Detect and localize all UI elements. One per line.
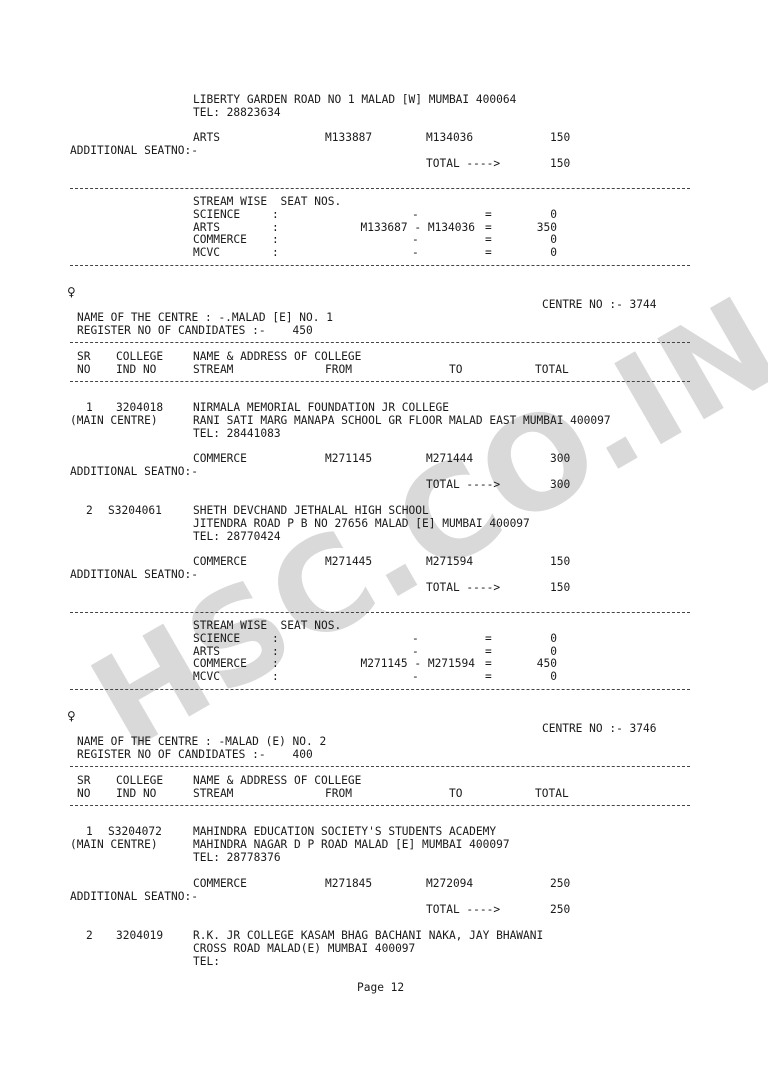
centre-name: NAME OF THE CENTRE : -.MALAD [E] NO. 1 [77, 311, 333, 324]
college-address: LIBERTY GARDEN ROAD NO 1 MALAD [W] MUMBA… [193, 93, 516, 106]
college-ind-no: 3204019 [116, 929, 163, 942]
equals-sign: = [485, 233, 492, 246]
colon-separator: : [272, 670, 279, 683]
header-sr: SR [77, 350, 90, 363]
additional-seatno-label: ADDITIONAL SEATNO:- [70, 144, 198, 157]
seat-count: 350 [537, 221, 557, 234]
seat-count: 0 [550, 632, 557, 645]
range-dash: - [412, 670, 419, 683]
college-tel: TEL: 28441083 [193, 427, 281, 440]
allocation-total: 250 [550, 877, 570, 890]
seat-count: 0 [550, 645, 557, 658]
college-name: R.K. JR COLLEGE KASAM BHAG BACHANI NAKA,… [193, 929, 543, 942]
total-value: 150 [550, 157, 570, 170]
stream-name: SCIENCE [193, 208, 240, 221]
equals-sign: = [485, 221, 492, 234]
header-total: TOTAL [535, 363, 569, 376]
college-sr: 1 [86, 825, 93, 838]
total-value: 300 [550, 478, 570, 491]
total-label: TOTAL ----> [426, 581, 500, 594]
stream-name: SCIENCE [193, 632, 240, 645]
main-centre-label: (MAIN CENTRE) [70, 414, 158, 427]
allocation-from: M271845 [325, 877, 372, 890]
stream-name: ARTS [193, 221, 220, 234]
allocation-stream: ARTS [193, 131, 220, 144]
colon-separator: : [272, 233, 279, 246]
college-name: NIRMALA MEMORIAL FOUNDATION JR COLLEGE [193, 401, 449, 414]
college-ind-no: S3204061 [108, 504, 162, 517]
stream-wise-title: STREAM WISE SEAT NOS. [193, 195, 341, 208]
college-sr: 1 [86, 401, 93, 414]
page-number: Page 12 [357, 981, 404, 994]
allocation-to: M271444 [426, 452, 473, 465]
college-name: SHETH DEVCHAND JETHALAL HIGH SCHOOL [193, 504, 429, 517]
total-value: 150 [550, 581, 570, 594]
equals-sign: = [485, 670, 492, 683]
register-count: REGISTER NO OF CANDIDATES :- 400 [77, 748, 313, 761]
college-tel: TEL: [193, 955, 220, 968]
header-ind-no: IND NO [116, 787, 156, 800]
total-label: TOTAL ----> [426, 903, 500, 916]
stream-name: ARTS [193, 645, 220, 658]
additional-seatno-label: ADDITIONAL SEATNO:- [70, 890, 198, 903]
college-sr: 2 [86, 504, 93, 517]
seat-range: M133687 - M134036 [360, 221, 475, 234]
allocation-stream: COMMERCE [193, 555, 247, 568]
header-name-address: NAME & ADDRESS OF COLLEGE [193, 774, 361, 787]
total-value: 250 [550, 903, 570, 916]
college-name: MAHINDRA EDUCATION SOCIETY'S STUDENTS AC… [193, 825, 496, 838]
college-address: JITENDRA ROAD P B NO 27656 MALAD [E] MUM… [193, 517, 530, 530]
college-tel: TEL: 28778376 [193, 851, 281, 864]
divider [70, 766, 690, 767]
divider [70, 381, 690, 382]
seat-count: 0 [550, 233, 557, 246]
register-count: REGISTER NO OF CANDIDATES :- 450 [77, 324, 313, 337]
divider [70, 188, 690, 189]
centre-number: CENTRE NO :- 3744 [542, 298, 657, 311]
header-to: TO [449, 363, 462, 376]
seat-count: 0 [550, 670, 557, 683]
equals-sign: = [485, 632, 492, 645]
range-dash: - [412, 233, 419, 246]
colon-separator: : [272, 645, 279, 658]
divider [70, 689, 690, 690]
equals-sign: = [485, 645, 492, 658]
header-total: TOTAL [535, 787, 569, 800]
range-dash: - [412, 632, 419, 645]
seat-range: M271145 - M271594 [360, 657, 475, 670]
header-no: NO [77, 363, 90, 376]
header-ind-no: IND NO [116, 363, 156, 376]
allocation-to: M272094 [426, 877, 473, 890]
header-from: FROM [325, 787, 352, 800]
allocation-from: M271145 [325, 452, 372, 465]
college-ind-no: S3204072 [108, 825, 162, 838]
additional-seatno-label: ADDITIONAL SEATNO:- [70, 568, 198, 581]
header-from: FROM [325, 363, 352, 376]
divider [70, 342, 690, 343]
colon-separator: : [272, 246, 279, 259]
equals-sign: = [485, 246, 492, 259]
header-stream: STREAM [193, 787, 233, 800]
college-address: CROSS ROAD MALAD(E) MUMBAI 400097 [193, 942, 415, 955]
equals-sign: = [485, 208, 492, 221]
female-sign-icon: ♀ [67, 285, 76, 299]
stream-wise-title: STREAM WISE SEAT NOS. [193, 619, 341, 632]
seat-count: 0 [550, 246, 557, 259]
header-to: TO [449, 787, 462, 800]
divider [70, 805, 690, 806]
colon-separator: : [272, 221, 279, 234]
stream-name: MCVC [193, 246, 220, 259]
document-page: LIBERTY GARDEN ROAD NO 1 MALAD [W] MUMBA… [0, 0, 768, 1087]
divider [70, 265, 690, 266]
equals-sign: = [485, 657, 492, 670]
centre-number: CENTRE NO :- 3746 [542, 722, 657, 735]
allocation-total: 300 [550, 452, 570, 465]
range-dash: - [412, 246, 419, 259]
allocation-stream: COMMERCE [193, 877, 247, 890]
total-label: TOTAL ----> [426, 157, 500, 170]
range-dash: - [412, 208, 419, 221]
college-address: MAHINDRA NAGAR D P ROAD MALAD [E] MUMBAI… [193, 838, 510, 851]
allocation-from: M271445 [325, 555, 372, 568]
stream-name: COMMERCE [193, 657, 247, 670]
centre-name: NAME OF THE CENTRE : -MALAD (E) NO. 2 [77, 735, 326, 748]
additional-seatno-label: ADDITIONAL SEATNO:- [70, 465, 198, 478]
seat-count: 450 [537, 657, 557, 670]
divider [70, 612, 690, 613]
allocation-from: M133887 [325, 131, 372, 144]
college-ind-no: 3204018 [116, 401, 163, 414]
allocation-total: 150 [550, 555, 570, 568]
stream-name: MCVC [193, 670, 220, 683]
college-sr: 2 [86, 929, 93, 942]
colon-separator: : [272, 632, 279, 645]
seat-count: 0 [550, 208, 557, 221]
total-label: TOTAL ----> [426, 478, 500, 491]
header-no: NO [77, 787, 90, 800]
allocation-total: 150 [550, 131, 570, 144]
header-college: COLLEGE [116, 774, 163, 787]
college-tel: TEL: 28823634 [193, 106, 281, 119]
allocation-stream: COMMERCE [193, 452, 247, 465]
stream-name: COMMERCE [193, 233, 247, 246]
colon-separator: : [272, 208, 279, 221]
college-tel: TEL: 28770424 [193, 530, 281, 543]
range-dash: - [412, 645, 419, 658]
colon-separator: : [272, 657, 279, 670]
female-sign-icon: ♀ [67, 709, 76, 723]
college-address: RANI SATI MARG MANAPA SCHOOL GR FLOOR MA… [193, 414, 611, 427]
header-college: COLLEGE [116, 350, 163, 363]
header-name-address: NAME & ADDRESS OF COLLEGE [193, 350, 361, 363]
header-sr: SR [77, 774, 90, 787]
header-stream: STREAM [193, 363, 233, 376]
allocation-to: M134036 [426, 131, 473, 144]
allocation-to: M271594 [426, 555, 473, 568]
main-centre-label: (MAIN CENTRE) [70, 838, 158, 851]
